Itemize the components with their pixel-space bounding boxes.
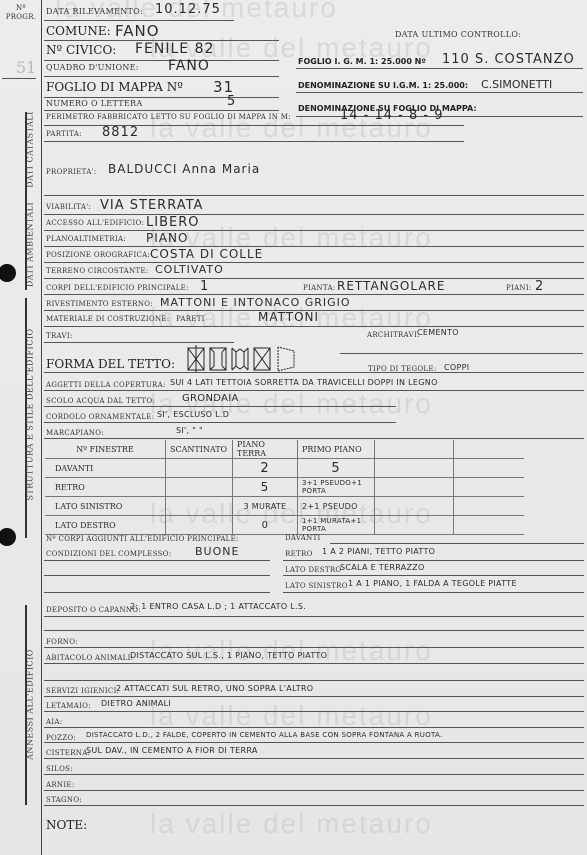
- marcapiano-value[interactable]: SI', " ": [176, 426, 203, 435]
- condizioni-label: CONDIZIONI DEL COMPLESSO:: [46, 550, 171, 558]
- section-label-catastali: DATI CATASTALI: [26, 100, 35, 200]
- col-header: [454, 440, 525, 459]
- rule: [44, 372, 584, 373]
- civico-label: Nº CIVICO:: [46, 43, 116, 57]
- rule: [340, 353, 583, 354]
- stagno-label: STAGNO:: [46, 796, 82, 804]
- n-progr-label: Nº PROGR.: [4, 4, 38, 22]
- deposito-value[interactable]: 2: 1 ENTRO CASA L.D ; 1 ATTACCATO L.S.: [130, 602, 306, 611]
- cell-primo-piano[interactable]: 5: [298, 459, 375, 478]
- piani-value[interactable]: 2: [535, 279, 544, 294]
- cell-empty: [375, 478, 454, 497]
- perimetro-value[interactable]: 14 - 14 - 8 - 9: [340, 108, 444, 123]
- pareti-value[interactable]: MATTONI: [258, 310, 319, 324]
- rule: [44, 774, 584, 775]
- rule: [44, 97, 279, 98]
- col-header: Nº FINESTRE: [45, 440, 166, 459]
- deposito-label: DEPOSITO o CAPANNO:: [46, 606, 141, 614]
- cell-piano-terra[interactable]: 3 MURATE: [233, 497, 298, 516]
- silos-label: SILOS:: [46, 765, 73, 773]
- planoalt-value[interactable]: PIANO: [146, 231, 188, 245]
- partita-label: PARTITA:: [46, 130, 82, 138]
- rule: [44, 294, 584, 295]
- cisterna-label: CISTERNA:: [46, 749, 90, 757]
- rule: [44, 575, 270, 576]
- rule: [44, 616, 584, 617]
- rule: [44, 326, 584, 327]
- col-header: [375, 440, 454, 459]
- roof-gable-icon: [210, 348, 226, 370]
- rule: [283, 575, 584, 576]
- davanti-label: DAVANTI: [285, 534, 321, 542]
- row-label: LATO SINISTRO: [45, 497, 166, 516]
- rule: [44, 742, 584, 743]
- rule: [44, 342, 234, 343]
- roof-hip-crossed-icon: [188, 345, 204, 373]
- comune-value[interactable]: FANO: [115, 22, 160, 40]
- margin-rule: [41, 0, 42, 855]
- cell-primo-piano[interactable]: 2+1 PSEUDO: [298, 497, 375, 516]
- aia-label: AIA:: [46, 718, 62, 726]
- cell-primo-piano[interactable]: 1+1 MURATA+1 PORTA: [298, 516, 375, 535]
- planoalt-label: PLANOALTIMETRIA:: [46, 235, 126, 243]
- col-header: SCANTINATO: [166, 440, 233, 459]
- lato-destro-label: LATO DESTRO: [285, 566, 341, 574]
- survey-form-sheet: la valle del metauro la valle del metaur…: [0, 0, 587, 855]
- rule: [44, 230, 584, 231]
- rule: [44, 422, 396, 423]
- cell-empty: [375, 516, 454, 535]
- lato-sinistro-value[interactable]: 1 A 1 PIANO, 1 FALDA A TEGOLE PIATTE: [348, 579, 517, 588]
- windows-table: Nº FINESTRE SCANTINATO PIANO TERRA PRIMO…: [45, 440, 524, 535]
- cell-piano-terra[interactable]: 2: [233, 459, 298, 478]
- piani-label: PIANI:: [506, 284, 532, 292]
- cell-empty: [454, 459, 525, 478]
- proprieta-label: PROPRIETA':: [46, 168, 97, 176]
- rule: [44, 110, 279, 111]
- posizione-label: POSIZIONE OROGRAFICA:: [46, 251, 150, 259]
- rule: [44, 647, 584, 648]
- terreno-label: TERRENO CIRCOSTANTE:: [46, 267, 148, 275]
- forno-label: FORNO:: [46, 638, 78, 646]
- punch-hole: [0, 528, 16, 546]
- rule: [44, 727, 584, 728]
- rule: [44, 390, 584, 391]
- servizi-label: SERVIZI IGIENICI:: [46, 687, 119, 695]
- corpi-value[interactable]: 1: [200, 279, 209, 294]
- rule: [296, 92, 583, 93]
- watermark: la valle del metauro: [150, 808, 433, 840]
- row-label: RETRO: [45, 478, 166, 497]
- viabilita-value[interactable]: VIA STERRATA: [100, 198, 203, 213]
- cordolo-label: CORDOLO ORNAMENTALE:: [46, 413, 154, 421]
- col-header: PRIMO PIANO: [298, 440, 375, 459]
- cell-empty: [454, 516, 525, 535]
- section-label-struttura: STRUTTURA E STILE DELL'EDIFICIO: [26, 315, 35, 515]
- cell-empty: [375, 459, 454, 478]
- rule: [44, 680, 584, 681]
- table-row: RETRO 5 3+1 PSEUDO+1 PORTA: [45, 478, 524, 497]
- denom-igm-value[interactable]: C.SIMONETTI: [481, 78, 552, 91]
- cell-piano-terra[interactable]: 5: [233, 478, 298, 497]
- rule: [44, 262, 584, 263]
- foglio-igm-value[interactable]: 110 S. COSTANZO: [442, 52, 575, 67]
- data-rilevamento-label: DATA RILEVAMENTO:: [46, 7, 143, 16]
- pianta-value[interactable]: RETTANGOLARE: [337, 279, 445, 293]
- table-row: LATO DESTRO 0 1+1 MURATA+1 PORTA: [45, 516, 524, 535]
- roof-double-gable-icon: [232, 348, 248, 370]
- letamaio-value[interactable]: DIETRO ANIMALI: [101, 699, 171, 708]
- n-progr-line: [2, 78, 36, 79]
- cell-empty: [375, 497, 454, 516]
- civico-value[interactable]: FENILE 82: [135, 41, 214, 57]
- cell-scantinato[interactable]: [166, 478, 233, 497]
- rule: [44, 711, 584, 712]
- abitacolo-label: ABITACOLO ANIMALI:: [46, 654, 133, 662]
- col-header: PIANO TERRA: [233, 440, 298, 459]
- cell-piano-terra[interactable]: 0: [233, 516, 298, 535]
- pozzo-label: POZZO:: [46, 734, 76, 742]
- rivestimento-value[interactable]: MATTONI E INTONACO GRIGIO: [160, 296, 351, 309]
- rule: [283, 560, 584, 561]
- aggetti-value[interactable]: SUI 4 LATI TETTOIA SORRETTA DA TRAVICELL…: [170, 378, 438, 387]
- rule: [44, 438, 584, 439]
- section-label-annessi: ANNESSI ALL'EDIFICIO: [26, 645, 35, 765]
- tipo-tegole-value[interactable]: COPPI: [444, 363, 469, 372]
- foglio-igm-label: FOGLIO I. G. M. 1: 25.000 Nº: [298, 57, 426, 66]
- rule: [44, 60, 279, 61]
- numero-label: NUMERO o LETTERA: [46, 99, 142, 108]
- data-rilevamento-value[interactable]: 10.12.75: [155, 2, 221, 17]
- arnie-label: ARNIE:: [46, 781, 74, 789]
- numero-value[interactable]: 5: [227, 94, 236, 109]
- proprieta-value[interactable]: BALDUCCI Anna Maria: [108, 162, 260, 176]
- rule: [44, 20, 234, 21]
- viabilita-label: VIABILITA':: [46, 203, 91, 211]
- scolo-label: SCOLO ACQUA DAL TETTO:: [46, 397, 155, 405]
- condizioni-value[interactable]: BUONE: [195, 545, 239, 558]
- rule: [44, 758, 584, 759]
- letamaio-label: LETAMAIO:: [46, 702, 91, 710]
- comune-label: COMUNE:: [46, 24, 111, 38]
- roof-shed-icon: [278, 347, 294, 371]
- rule: [44, 696, 584, 697]
- n-progr-value: 51: [16, 58, 36, 77]
- rule: [44, 195, 584, 196]
- rule: [44, 278, 584, 279]
- rule: [330, 543, 584, 544]
- cell-empty: [454, 478, 525, 497]
- table-row: LATO SINISTRO 3 MURATE 2+1 PSEUDO: [45, 497, 524, 516]
- rule: [44, 406, 396, 407]
- pianta-label: PIANTA:: [303, 284, 335, 292]
- lato-destro-value[interactable]: SCALA E TERRAZZO: [340, 563, 425, 572]
- cisterna-value[interactable]: SUL DAV., IN CEMENTO A FIOR DI TERRA: [86, 746, 258, 755]
- aggetti-label: AGGETTI DELLA COPERTURA:: [46, 381, 166, 389]
- row-label: LATO DESTRO: [45, 516, 166, 535]
- cordolo-value[interactable]: SI', ESCLUSO L.D: [157, 410, 229, 419]
- accesso-label: ACCESSO ALL'EDIFICIO:: [46, 219, 144, 227]
- rule: [296, 68, 583, 69]
- roof-shapes: [186, 345, 296, 375]
- row-label: DAVANTI: [45, 459, 166, 478]
- rule: [44, 141, 464, 142]
- partita-value[interactable]: 8812: [102, 125, 139, 140]
- roof-hip-icon: [254, 348, 270, 370]
- architravi-value[interactable]: CEMENTO: [417, 328, 459, 337]
- rule: [283, 592, 584, 593]
- forma-tetto-label: FORMA DEL TETTO:: [46, 357, 175, 371]
- abitacolo-value[interactable]: DISTACCATO SUL L.S., 1 PIANO, TETTO PIAT…: [130, 651, 327, 660]
- corpi-aggiunti-label: Nº CORPI AGGIUNTI ALL'EDIFICIO PRINCIPAL…: [46, 535, 239, 543]
- lato-sinistro-label: LATO SINISTRO: [285, 582, 348, 590]
- note-label: NOTE:: [46, 818, 87, 832]
- cell-empty: [454, 497, 525, 516]
- table-header-row: Nº FINESTRE SCANTINATO PIANO TERRA PRIMO…: [45, 440, 524, 459]
- rule: [44, 630, 584, 631]
- rule: [44, 663, 584, 664]
- rule: [44, 246, 584, 247]
- rule: [44, 790, 584, 791]
- terreno-value[interactable]: COLTIVATO: [155, 263, 224, 276]
- section-label-ambientali: DATI AMBIENTALI: [26, 190, 35, 300]
- corpi-label: CORPI DELL'EDIFICIO PRINCIPALE:: [46, 284, 189, 292]
- denom-igm-label: DENOMINAZIONE SU I.G.M. 1: 25.000:: [298, 81, 468, 90]
- materiale-label: MATERIALE DI COSTRUZIONE:: [46, 315, 170, 323]
- retro-label: RETRO: [285, 550, 313, 558]
- servizi-value[interactable]: 2 ATTACCATI SUL RETRO, UNO SOPRA L'ALTRO: [116, 684, 313, 693]
- foglio-mappa-label: FOGLIO DI MAPPA Nº: [46, 80, 183, 94]
- cell-scantinato[interactable]: [166, 516, 233, 535]
- rule: [44, 805, 584, 806]
- pareti-label: PARETI: [176, 315, 205, 323]
- posizione-value[interactable]: COSTA DI COLLE: [150, 247, 263, 261]
- punch-hole: [0, 264, 16, 282]
- pozzo-value[interactable]: DISTACCATO L.D., 2 FALDE, COPERTO IN CEM…: [86, 731, 443, 739]
- cell-primo-piano[interactable]: 3+1 PSEUDO+1 PORTA: [298, 478, 375, 497]
- scolo-value[interactable]: GRONDAIA: [182, 393, 239, 404]
- rule: [44, 560, 270, 561]
- quadro-value[interactable]: FANO: [168, 58, 210, 74]
- rivestimento-label: RIVESTIMENTO ESTERNO:: [46, 300, 153, 308]
- travi-label: TRAVI:: [46, 332, 73, 340]
- cell-scantinato[interactable]: [166, 459, 233, 478]
- rule: [44, 214, 584, 215]
- cell-scantinato[interactable]: [166, 497, 233, 516]
- accesso-value[interactable]: LIBERO: [146, 215, 199, 230]
- marcapiano-label: MARCAPIANO:: [46, 429, 104, 437]
- rule: [44, 76, 279, 77]
- table-row: DAVANTI 2 5: [45, 459, 524, 478]
- data-ultimo-controllo-label: DATA ULTIMO CONTROLLO:: [395, 30, 521, 39]
- architravi-label: ARCHITRAVI:: [367, 331, 420, 339]
- retro-value[interactable]: 1 A 2 PIANI, TETTO PIATTO: [322, 547, 435, 556]
- rule: [44, 592, 270, 593]
- perimetro-label: PERIMETRO FABBRICATO LETTO SU FOGLIO DI …: [46, 113, 291, 121]
- quadro-label: QUADRO D'UNIONE:: [46, 63, 139, 72]
